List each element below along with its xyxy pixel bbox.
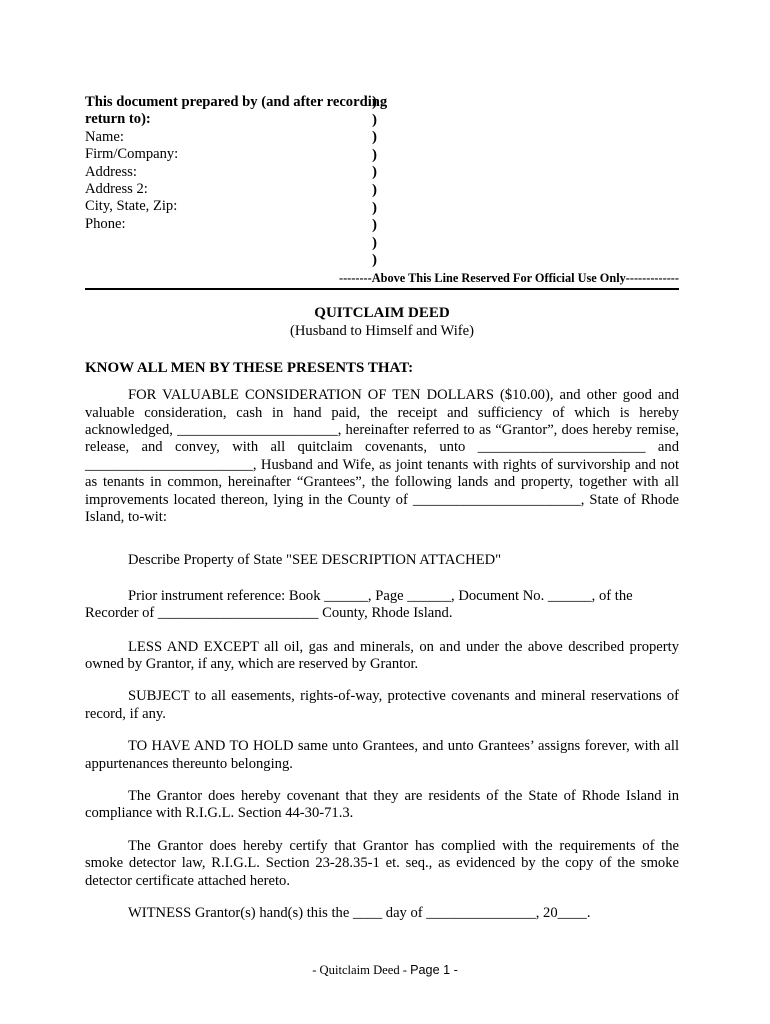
preparer-block: This document prepared by (and after rec… (85, 94, 679, 270)
paren-mark: ) (372, 200, 377, 218)
footer-doc-label: - Quitclaim Deed - (312, 963, 407, 977)
page-footer: - Quitclaim Deed - Page 1 - (0, 962, 770, 979)
paren-mark: ) (372, 252, 377, 270)
paragraph-less-and-except: LESS AND EXCEPT all oil, gas and mineral… (85, 639, 679, 674)
paren-mark: ) (372, 147, 377, 165)
preparer-field-address2: Address 2: (85, 181, 372, 198)
presents-heading: KNOW ALL MEN BY THESE PRESENTS THAT: (85, 360, 679, 377)
preparer-field-name: Name: (85, 129, 372, 146)
paragraph-describe-property: Describe Property of State "SEE DESCRIPT… (85, 552, 679, 569)
paren-mark: ) (372, 235, 377, 253)
paragraph-smoke-detector: The Grantor does hereby certify that Gra… (85, 838, 679, 890)
paragraph-residency-covenant: The Grantor does hereby covenant that th… (85, 788, 679, 823)
paren-mark: ) (372, 217, 377, 235)
preparer-heading-line1: This document prepared by (and after rec… (85, 94, 372, 111)
paragraph-consideration: FOR VALUABLE CONSIDERATION OF TEN DOLLAR… (85, 387, 679, 526)
preparer-field-address: Address: (85, 164, 372, 181)
preparer-heading-line2: return to): (85, 111, 372, 128)
preparer-fields: This document prepared by (and after rec… (85, 94, 372, 270)
header-divider-rule (85, 288, 679, 290)
paragraph-to-have-and-hold: TO HAVE AND TO HOLD same unto Grantees, … (85, 738, 679, 773)
reserved-for-official-use-note: --------Above This Line Reserved For Off… (85, 272, 679, 285)
recorder-paren-column: ) ) ) ) ) ) ) ) ) ) (372, 94, 377, 270)
document-title: QUITCLAIM DEED (85, 305, 679, 322)
paren-mark: ) (372, 94, 377, 112)
footer-page-number: Page 1 - (410, 963, 458, 977)
paren-mark: ) (372, 182, 377, 200)
paren-mark: ) (372, 164, 377, 182)
paragraph-prior-instrument: Prior instrument reference: Book ______,… (85, 588, 679, 623)
paragraph-subject-to: SUBJECT to all easements, rights-of-way,… (85, 688, 679, 723)
document-page: This document prepared by (and after rec… (0, 0, 770, 1024)
preparer-field-firm: Firm/Company: (85, 146, 372, 163)
preparer-field-city-state-zip: City, State, Zip: (85, 198, 372, 215)
document-subtitle: (Husband to Himself and Wife) (85, 323, 679, 340)
paren-mark: ) (372, 112, 377, 130)
preparer-field-phone: Phone: (85, 216, 372, 233)
paren-mark: ) (372, 129, 377, 147)
paragraph-witness: WITNESS Grantor(s) hand(s) this the ____… (85, 905, 679, 922)
